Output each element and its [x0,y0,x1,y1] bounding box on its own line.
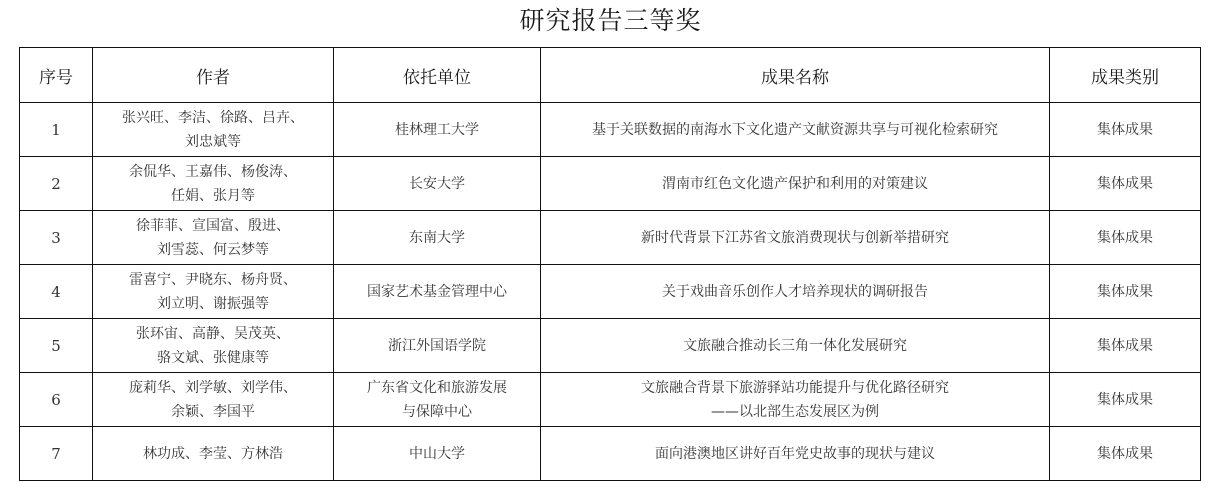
authors-line: 庞莉华、刘学敏、刘学伟、 [97,376,329,400]
title-line: 渭南市红色文化遗产保护和利用的对策建议 [545,172,1045,196]
title-line: ——以北部生态发展区为例 [545,400,1045,424]
authors-line: 刘雪蕊、何云梦等 [97,238,329,262]
cell-unit: 桂林理工大学 [334,103,541,157]
cell-category: 集体成果 [1050,265,1201,319]
cell-category: 集体成果 [1050,211,1201,265]
cell-title: 新时代背景下江苏省文旅消费现状与创新举措研究 [541,211,1050,265]
cell-unit: 广东省文化和旅游发展与保障中心 [334,373,541,427]
unit-line: 与保障中心 [338,400,536,424]
table-row: 2 余侃华、王嘉伟、杨俊涛、任娟、张月等 长安大学 渭南市红色文化遗产保护和利用… [20,157,1201,211]
unit-line: 中山大学 [338,442,536,466]
unit-line: 广东省文化和旅游发展 [338,376,536,400]
page-title: 研究报告三等奖 [0,4,1221,38]
cell-title: 文旅融合推动长三角一体化发展研究 [541,319,1050,373]
authors-line: 余颖、李国平 [97,400,329,424]
table-row: 3 徐菲菲、宣国富、殷进、刘雪蕊、何云梦等 东南大学 新时代背景下江苏省文旅消费… [20,211,1201,265]
title-line: 文旅融合推动长三角一体化发展研究 [545,334,1045,358]
authors-line: 余侃华、王嘉伟、杨俊涛、 [97,160,329,184]
cell-authors: 张环宙、高静、吴茂英、骆文斌、张健康等 [93,319,334,373]
table-row: 5 张环宙、高静、吴茂英、骆文斌、张健康等 浙江外国语学院 文旅融合推动长三角一… [20,319,1201,373]
authors-line: 张兴旺、李洁、徐路、吕卉、 [97,106,329,130]
cell-title: 文旅融合背景下旅游驿站功能提升与优化路径研究——以北部生态发展区为例 [541,373,1050,427]
table-row: 6 庞莉华、刘学敏、刘学伟、余颖、李国平 广东省文化和旅游发展与保障中心 文旅融… [20,373,1201,427]
cell-no: 3 [20,211,93,265]
cell-title: 关于戏曲音乐创作人才培养现状的调研报告 [541,265,1050,319]
table-row: 4 雷喜宁、尹晓东、杨舟贤、刘立明、谢振强等 国家艺术基金管理中心 关于戏曲音乐… [20,265,1201,319]
authors-line: 张环宙、高静、吴茂英、 [97,322,329,346]
unit-line: 桂林理工大学 [338,118,536,142]
awards-table: 序号 作者 依托单位 成果名称 成果类别 1 张兴旺、李洁、徐路、吕卉、刘忠斌等… [19,47,1201,481]
cell-authors: 庞莉华、刘学敏、刘学伟、余颖、李国平 [93,373,334,427]
title-line: 关于戏曲音乐创作人才培养现状的调研报告 [545,280,1045,304]
cell-unit: 国家艺术基金管理中心 [334,265,541,319]
cell-no: 7 [20,427,93,481]
cell-no: 2 [20,157,93,211]
header-category: 成果类别 [1050,48,1201,103]
authors-line: 雷喜宁、尹晓东、杨舟贤、 [97,268,329,292]
cell-category: 集体成果 [1050,319,1201,373]
cell-category: 集体成果 [1050,157,1201,211]
cell-no: 5 [20,319,93,373]
cell-authors: 徐菲菲、宣国富、殷进、刘雪蕊、何云梦等 [93,211,334,265]
cell-title: 基于关联数据的南海水下文化遗产文献资源共享与可视化检索研究 [541,103,1050,157]
table-row: 7 林功成、李莹、方林浩 中山大学 面向港澳地区讲好百年党史故事的现状与建议 集… [20,427,1201,481]
authors-line: 任娟、张月等 [97,184,329,208]
cell-category: 集体成果 [1050,427,1201,481]
cell-no: 1 [20,103,93,157]
unit-line: 长安大学 [338,172,536,196]
title-line: 文旅融合背景下旅游驿站功能提升与优化路径研究 [545,376,1045,400]
cell-authors: 林功成、李莹、方林浩 [93,427,334,481]
cell-authors: 雷喜宁、尹晓东、杨舟贤、刘立明、谢振强等 [93,265,334,319]
cell-unit: 长安大学 [334,157,541,211]
cell-authors: 余侃华、王嘉伟、杨俊涛、任娟、张月等 [93,157,334,211]
cell-no: 6 [20,373,93,427]
header-no: 序号 [20,48,93,103]
cell-category: 集体成果 [1050,103,1201,157]
cell-authors: 张兴旺、李洁、徐路、吕卉、刘忠斌等 [93,103,334,157]
authors-line: 刘忠斌等 [97,130,329,154]
title-line: 面向港澳地区讲好百年党史故事的现状与建议 [545,442,1045,466]
authors-line: 徐菲菲、宣国富、殷进、 [97,214,329,238]
title-line: 基于关联数据的南海水下文化遗产文献资源共享与可视化检索研究 [545,118,1045,142]
cell-unit: 浙江外国语学院 [334,319,541,373]
title-line: 新时代背景下江苏省文旅消费现状与创新举措研究 [545,226,1045,250]
unit-line: 国家艺术基金管理中心 [338,280,536,304]
cell-title: 渭南市红色文化遗产保护和利用的对策建议 [541,157,1050,211]
authors-line: 刘立明、谢振强等 [97,292,329,316]
header-title: 成果名称 [541,48,1050,103]
cell-unit: 中山大学 [334,427,541,481]
authors-line: 骆文斌、张健康等 [97,346,329,370]
authors-line: 林功成、李莹、方林浩 [97,442,329,466]
table-row: 1 张兴旺、李洁、徐路、吕卉、刘忠斌等 桂林理工大学 基于关联数据的南海水下文化… [20,103,1201,157]
table-header-row: 序号 作者 依托单位 成果名称 成果类别 [20,48,1201,103]
header-authors: 作者 [93,48,334,103]
unit-line: 浙江外国语学院 [338,334,536,358]
cell-unit: 东南大学 [334,211,541,265]
unit-line: 东南大学 [338,226,536,250]
cell-category: 集体成果 [1050,373,1201,427]
cell-title: 面向港澳地区讲好百年党史故事的现状与建议 [541,427,1050,481]
header-unit: 依托单位 [334,48,541,103]
cell-no: 4 [20,265,93,319]
